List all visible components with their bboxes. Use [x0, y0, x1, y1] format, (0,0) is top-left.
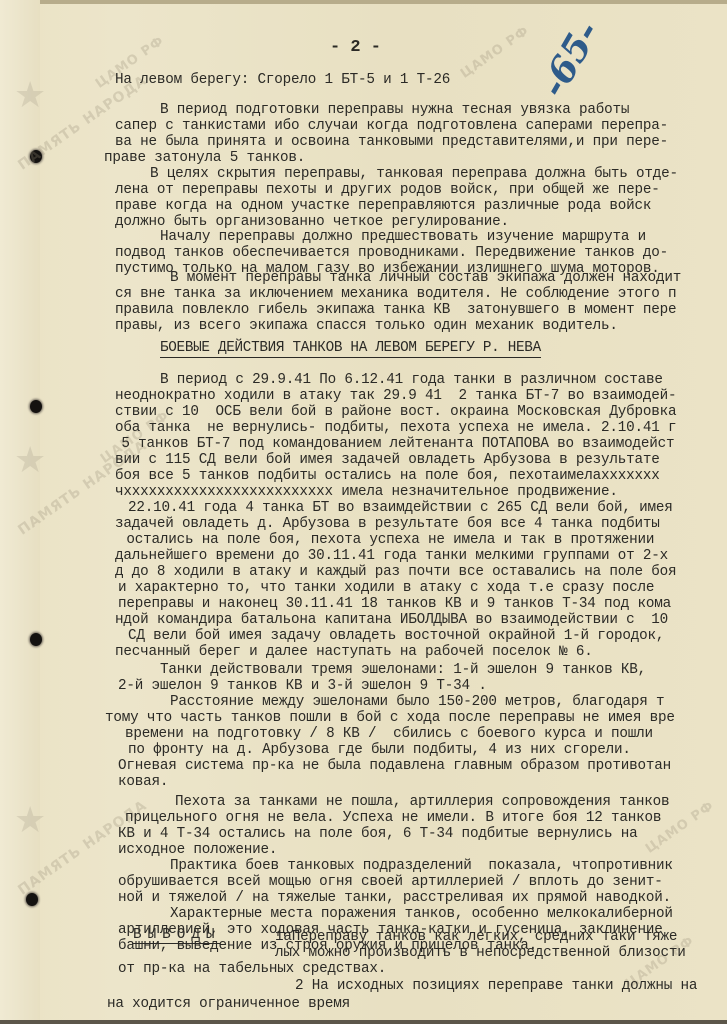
document-line: вии с 115 СД вели бой имея задачей овлад…: [115, 452, 660, 468]
document-line: СД вели бой имея задачу овладеть восточн…: [128, 628, 664, 644]
document-line: должно быть организованно четкое регулир…: [115, 214, 509, 230]
punch-hole: [30, 633, 42, 646]
document-line: правы, из всего экипажа спасся только од…: [115, 318, 618, 334]
document-line: Характерные места поражения танков, особ…: [170, 906, 673, 922]
punch-hole: [30, 400, 42, 413]
document-line: 5 танков БТ-7 под командованием лейтенан…: [113, 436, 674, 452]
document-line: времени на подготовку / 8 КВ / сбились с…: [125, 726, 653, 742]
document-line: Расстояние между эшелонами было 150-200 …: [170, 694, 664, 710]
document-line: 2-й эшелон 9 танков КВ и 3-й эшелон 9 Т-…: [118, 678, 487, 694]
conclusions-label: ВЫВОДЫ: [133, 927, 220, 944]
document-line: сапер с танкистами ибо случаи когда подг…: [115, 118, 668, 134]
document-line: тому что часть танков пошли в бой с хода…: [105, 710, 675, 726]
document-line: В момент переправы танка личный состав э…: [170, 270, 681, 286]
document-line: ся вне танка за иключением механика води…: [115, 286, 676, 302]
document-line: д до 8 ходили в атаку и каждый раз почти…: [115, 564, 676, 580]
document-line: по фронту на д. Арбузова где были подбит…: [128, 742, 631, 758]
watermark-archive: ЦАМО РФ: [458, 23, 532, 81]
document-line: 22.10.41 года 4 танка БТ во взаимдействи…: [128, 500, 673, 516]
document-line: В целях скрытия переправы, танковая пере…: [150, 166, 678, 182]
page-top-edge: [0, 0, 727, 4]
document-line: прицельного огня не вела. Успеха не имел…: [125, 810, 661, 826]
star-watermark-icon: ★: [14, 440, 46, 481]
conclusion-line: от пр-ка на табельных средствах.: [118, 961, 386, 977]
conclusion-line: 1аПереправу танков как легких, средних т…: [275, 929, 677, 945]
document-line: остались на поле боя, пехота успеха не и…: [118, 532, 654, 548]
conclusion-line: 2 На исходных позициях переправе танки д…: [295, 978, 697, 994]
document-line: На левом берегу: Сгорело 1 БТ-5 и 1 Т-26: [115, 72, 450, 88]
document-line: ствии с 10 ОСБ вели бой в районе вост. о…: [115, 404, 676, 420]
page-number: - 2 -: [330, 38, 381, 57]
document-line: ной и тяжелой / на тяжелые танки, расстр…: [118, 890, 671, 906]
document-line: правила повлекло гибель экипажа танка КВ…: [115, 302, 676, 318]
document-line: Практика боев танковых подразделений пок…: [170, 858, 673, 874]
document-line: и характерно то, что танки ходили в атак…: [118, 580, 654, 596]
section-heading: БОЕВЫЕ ДЕЙСТВИЯ ТАНКОВ НА ЛЕВОМ БЕРЕГУ Р…: [160, 340, 541, 358]
star-watermark-icon: ★: [14, 75, 46, 116]
document-line: Огневая система пр-ка не была подавлена …: [118, 758, 671, 774]
document-line: ковая.: [118, 774, 168, 790]
document-line: песчанный берег и далее наступать на раб…: [115, 644, 593, 660]
document-line: обрушивается всей мощью огня своей артил…: [118, 874, 663, 890]
document-line: Танки действовали тремя эшелонами: 1-й э…: [160, 662, 646, 678]
document-line: боя все 5 танков подбиты остались на пол…: [115, 468, 660, 484]
document-line: В период с 29.9.41 По 6.12.41 года танки…: [160, 372, 663, 388]
document-line: дальнейшего времени до 30.11.41 года тан…: [115, 548, 668, 564]
document-page: ★ ПАМЯТЬ НАРОДА ★ ПАМЯТЬ НАРОДА ★ ПАМЯТЬ…: [0, 0, 727, 1024]
document-line: переправы и наконец 30.11.41 18 танков К…: [118, 596, 671, 612]
document-line: праве когда на одном участке переправляю…: [115, 198, 651, 214]
document-line: ндой командира батальона капитана ИБОЛДЫ…: [115, 612, 668, 628]
document-line: задачей овладеть д. Арбузова в результат…: [115, 516, 660, 532]
document-line: неоднократно ходили в атаку так 29.9 41 …: [115, 388, 676, 404]
document-line: КВ и 4 Т-34 остались на поле боя, 6 Т-34…: [118, 826, 638, 842]
document-line: Пехота за танками не пошла, артиллерия с…: [175, 794, 669, 810]
document-line: лена от переправы пехоты и других родов …: [115, 182, 660, 198]
document-line: чххххххххххххххххххххххххх имела незначи…: [115, 484, 618, 500]
document-line: оба танка не вернулись- подбиты, пехота …: [115, 420, 676, 436]
document-line: Началу переправы должно предшествовать и…: [160, 229, 646, 245]
star-watermark-icon: ★: [14, 800, 46, 841]
conclusion-line: на ходится ограниченное время: [107, 996, 350, 1012]
handwritten-folio-number: -65-: [532, 14, 608, 104]
document-line: праве затонула 5 танков.: [104, 150, 305, 166]
page-bottom-edge: [0, 1020, 727, 1024]
document-line: исходное положение.: [118, 842, 277, 858]
document-line: подвод танков обеспечивается проводникам…: [115, 245, 668, 261]
document-line: В период подготовки переправы нужна тесн…: [160, 102, 629, 118]
document-line: ва не была принята и освоина танковыми п…: [115, 134, 668, 150]
conclusion-line: лых можно производить в непосредственной…: [275, 945, 686, 961]
